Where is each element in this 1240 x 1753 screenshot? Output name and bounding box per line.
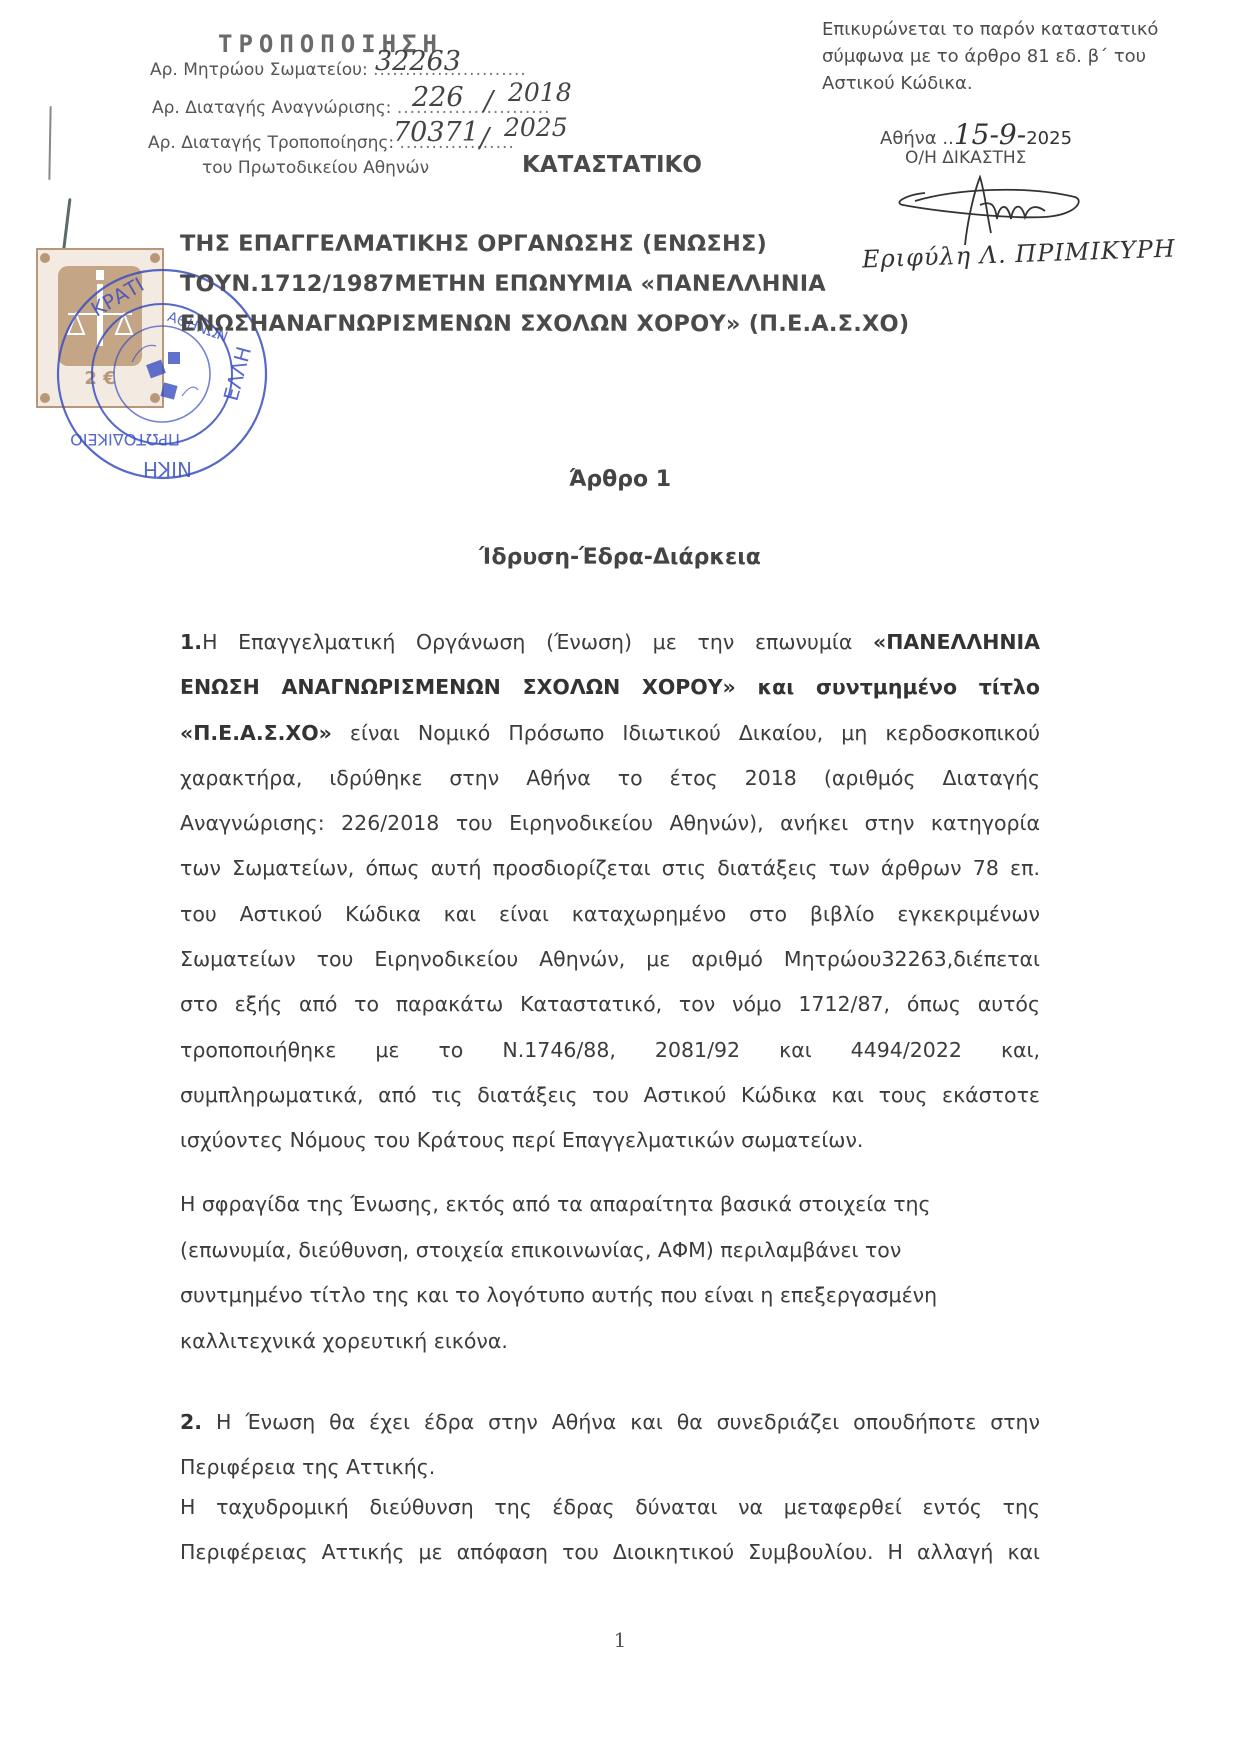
text-line: του Αστικού Κώδικα και είναι καταχωρημέν…	[180, 892, 1040, 937]
text-line: Η ταχυδρομική διεύθυνση της έδρας δύνατα…	[180, 1485, 1040, 1530]
recognition-order-line: Αρ. Διαταγής Αναγνώρισης: ..............…	[152, 98, 551, 118]
validation-date-year: 2025	[1026, 128, 1072, 149]
text-line: χαρακτήρα, ιδρύθηκε στην Αθήνα το έτος 2…	[180, 756, 1040, 801]
text-line: Αναγνώρισης: 226/2018 του Ειρηνοδικείου …	[180, 801, 1040, 846]
text-line: στο εξής από το παρακάτω Καταστατικό, το…	[180, 982, 1040, 1027]
amendment-order-label: Αρ. Διαταγής Τροποποίησης:	[148, 133, 394, 153]
court-name: του Πρωτοδικείου Αθηνών	[202, 158, 429, 178]
amendment-order-year: 2025	[504, 113, 568, 142]
text-line: τροποποιήθηκε με το Ν.1746/88, 2081/92 κ…	[180, 1028, 1040, 1073]
svg-text:ΕΛΛΗ: ΕΛΛΗ	[219, 344, 256, 403]
document-type: ΚΑΤΑΣΤΑΤΙΚΟ	[522, 152, 702, 178]
paragraph-seal: Η σφραγίδα της Ένωσης, εκτός από τα απαρ…	[180, 1182, 1010, 1365]
text-segment: είναι Νομικό Πρόσωπο Ιδιωτικού Δικαίου, …	[332, 721, 1040, 745]
title-line: ΤΟΥΝ.1712/1987ΜΕΤΗΝ ΕΠΩΝΥΜΙΑ «ΠΑΝΕΛΛΗΝΙΑ	[180, 264, 909, 304]
text-segment: Η Επαγγελματική Οργάνωση (Ένωση) με την …	[202, 630, 873, 654]
validation-line: σύμφωνα με το άρθρο 81 εδ. β΄ του	[822, 43, 1158, 70]
validation-stamp: Επικυρώνεται το παρόν καταστατικό σύμφων…	[822, 16, 1158, 97]
title-line: ΤΗΣ ΕΠΑΓΓΕΛΜΑΤΙΚΗΣ ΟΡΓΑΝΩΣΗΣ (ΕΝΩΣΗΣ)	[180, 224, 909, 264]
paragraph-number: 2.	[180, 1410, 202, 1434]
article-heading: Άρθρο 1	[0, 467, 1240, 492]
document-title: ΤΗΣ ΕΠΑΓΓΕΛΜΑΤΙΚΗΣ ΟΡΓΑΝΩΣΗΣ (ΕΝΩΣΗΣ) ΤΟ…	[180, 224, 909, 344]
validation-line: Αστικού Κώδικα.	[822, 70, 1158, 97]
text-line: ΕΝΩΣΗ ΑΝΑΓΝΩΡΙΣΜΕΝΩΝ ΣΧΟΛΩΝ ΧΟΡΟΥ» και σ…	[180, 665, 1040, 710]
article-subheading: Ίδρυση-Έδρα-Διάρκεια	[0, 545, 1240, 570]
text-line: Περιφέρειας Αττικής με απόφαση του Διοικ…	[180, 1530, 1040, 1575]
validation-line: Επικυρώνεται το παρόν καταστατικό	[822, 16, 1158, 43]
slash: /	[484, 86, 493, 117]
text-segment-bold: ΕΝΩΣΗ ΑΝΑΓΝΩΡΙΣΜΕΝΩΝ ΣΧΟΛΩΝ ΧΟΡΟΥ» και σ…	[180, 675, 1040, 699]
amendment-order-number: 70371	[393, 117, 479, 148]
text-line: συντμημένο τίτλο της και το λογότυπο αυτ…	[180, 1273, 1010, 1319]
validation-place: Αθήνα	[880, 128, 937, 149]
recognition-order-number: 226	[412, 82, 464, 113]
text-line: 1.Η Επαγγελματική Οργάνωση (Ένωση) με τη…	[180, 620, 1040, 665]
text-line: Σωματείων του Ειρηνοδικείου Αθηνών, με α…	[180, 937, 1040, 982]
amendment-order-line: Αρ. Διαταγής Τροποποίησης: .............…	[148, 133, 515, 153]
paragraph-number: 1.	[180, 630, 202, 654]
registry-number-label: Αρ. Μητρώου Σωματείου:	[150, 60, 368, 80]
recognition-order-year: 2018	[508, 78, 572, 107]
slash: /	[480, 123, 489, 154]
judge-title: Ο/Η ΔΙΚΑΣΤΗΣ	[905, 148, 1026, 168]
recognition-order-label: Αρ. Διαταγής Αναγνώρισης:	[152, 98, 391, 118]
margin-mark	[48, 106, 51, 180]
text-segment-bold: «ΠΑΝΕΛΛΗΝΙΑ	[873, 630, 1040, 654]
text-line: ισχύοντες Νόμους του Κράτους περί Επαγγε…	[180, 1118, 1040, 1163]
page-number: 1	[0, 1628, 1240, 1652]
text-line: των Σωματείων, όπως αυτή προσδιορίζεται …	[180, 846, 1040, 891]
svg-text:ΠΡΩΤΟΔΙΚΕΙΟ: ΠΡΩΤΟΔΙΚΕΙΟ	[70, 430, 180, 449]
text-line: Περιφέρεια της Αττικής.	[180, 1445, 1040, 1485]
validation-date-day-month: 15-9-	[954, 118, 1026, 151]
paragraph-1: 1.Η Επαγγελματική Οργάνωση (Ένωση) με τη…	[180, 620, 1040, 1164]
text-line: (επωνυμία, διεύθυνση, στοιχεία επικοινων…	[180, 1228, 1010, 1274]
title-line: ΕΝΩΣΗΑΝΑΓΝΩΡΙΣΜΕΝΩΝ ΣΧΟΛΩΝ ΧΟΡΟΥ» (Π.Ε.Α…	[180, 304, 909, 344]
text-line: συμπληρωματικά, από τις διατάξεις του Ασ…	[180, 1073, 1040, 1118]
registry-number-line: Αρ. Μητρώου Σωματείου: .................…	[150, 60, 527, 80]
text-segment-bold: «Π.Ε.Α.Σ.ΧΟ»	[180, 721, 332, 745]
text-line: Η σφραγίδα της Ένωσης, εκτός από τα απαρ…	[180, 1182, 1010, 1228]
text-line: «Π.Ε.Α.Σ.ΧΟ» είναι Νομικό Πρόσωπο Ιδιωτι…	[180, 711, 1040, 756]
paragraph-2: 2. Η Ένωση θα έχει έδρα στην Αθήνα και θ…	[180, 1400, 1040, 1575]
text-segment: Η Ένωση θα έχει έδρα στην Αθήνα και θα σ…	[202, 1410, 1040, 1434]
text-line: 2. Η Ένωση θα έχει έδρα στην Αθήνα και θ…	[180, 1400, 1040, 1445]
registry-number-value: 32263	[375, 46, 461, 77]
validation-date: Αθήνα ..15-9-2025	[880, 118, 1072, 151]
text-line: καλλιτεχνικά χορευτική εικόνα.	[180, 1319, 1010, 1365]
